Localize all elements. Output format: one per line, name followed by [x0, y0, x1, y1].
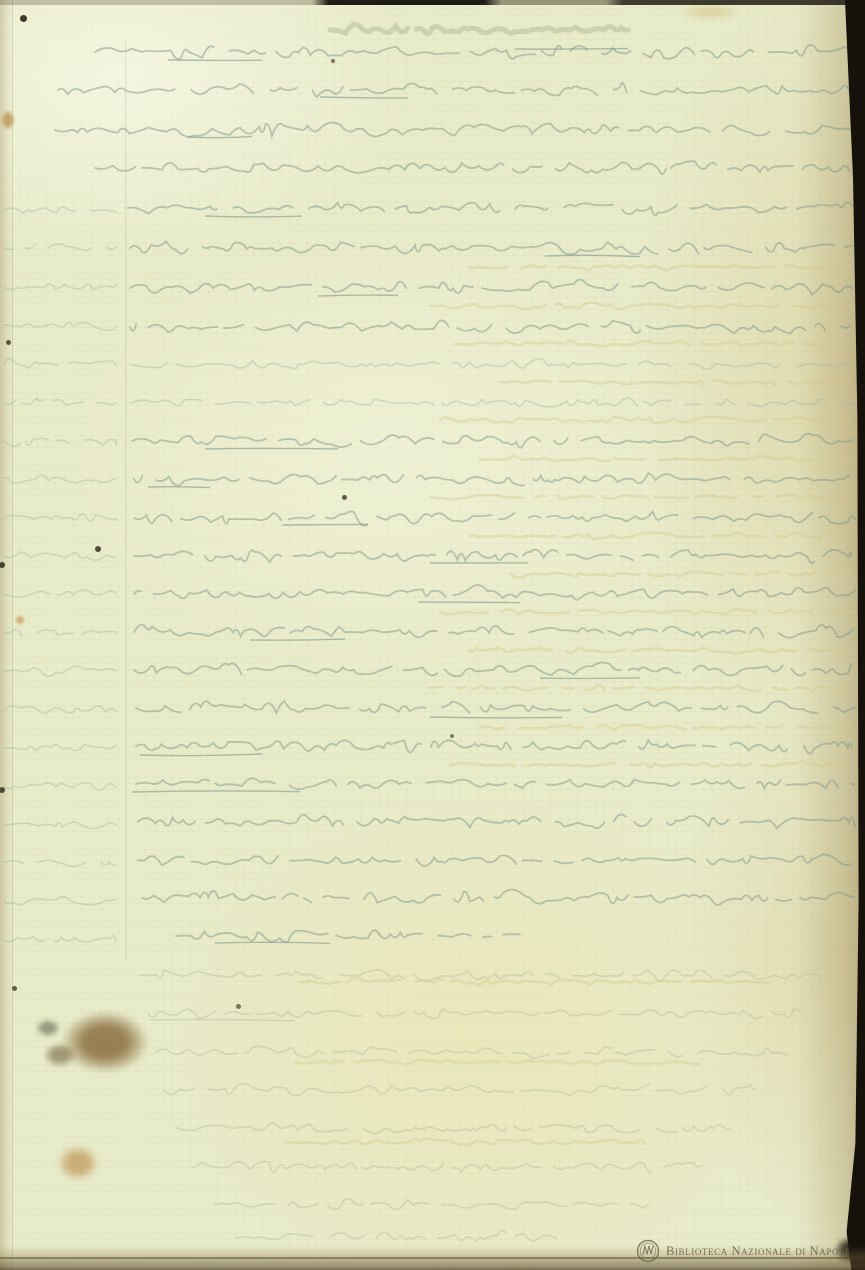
handwriting-line	[130, 359, 852, 369]
handwriting-line	[470, 533, 852, 540]
handwriting-line	[4, 706, 116, 714]
handwriting-line	[4, 552, 116, 560]
handwriting-line	[164, 1084, 755, 1096]
bleedthrough-handwriting	[0, 0, 865, 1270]
handwriting-line	[480, 725, 852, 730]
handwriting-line	[136, 740, 852, 754]
handwriting-underline	[132, 791, 300, 792]
handwriting-line	[450, 761, 845, 767]
handwriting-line	[4, 590, 116, 597]
handwriting-line	[4, 284, 116, 290]
handwriting-line	[236, 1230, 556, 1241]
handwriting-underline	[205, 216, 302, 217]
handwriting-underline	[318, 295, 398, 296]
handwriting-underline	[150, 1020, 295, 1021]
handwriting-underline	[250, 639, 345, 640]
handwriting-line	[214, 1199, 648, 1209]
handwriting-line	[58, 83, 852, 96]
handwriting-line	[134, 550, 852, 564]
handwriting-line	[4, 475, 116, 483]
handwriting-underline	[188, 137, 252, 138]
handwriting-line	[138, 854, 851, 866]
handwriting-underline	[148, 487, 210, 488]
handwriting-line	[430, 495, 845, 499]
handwriting-line	[480, 456, 855, 461]
handwriting-line	[134, 585, 855, 600]
handwriting-line	[455, 341, 848, 346]
handwriting-line	[440, 417, 850, 424]
handwriting-underline	[515, 49, 628, 50]
library-watermark-text: Biblioteca Nazionale di Napoli	[666, 1244, 849, 1259]
handwriting-line	[500, 380, 852, 385]
handwriting-underline	[282, 524, 368, 525]
handwriting-line	[285, 1139, 645, 1145]
handwriting-line	[4, 783, 116, 790]
handwriting-line	[4, 207, 116, 213]
handwriting-line	[4, 244, 116, 251]
handwriting-line	[136, 778, 854, 789]
handwriting-line	[4, 438, 116, 446]
handwriting-line	[430, 685, 850, 691]
handwriting-underline	[205, 448, 338, 449]
handwriting-line	[295, 1059, 700, 1064]
handwriting-line	[4, 935, 116, 942]
handwriting-line	[300, 978, 770, 985]
handwriting-line	[95, 161, 850, 174]
handwriting-line	[55, 123, 855, 137]
handwriting-line	[134, 625, 853, 638]
handwriting-underline	[320, 97, 408, 98]
handwriting-line	[470, 265, 850, 271]
library-logo-icon	[636, 1239, 660, 1263]
handwriting-line	[330, 24, 628, 33]
handwriting-line	[148, 1008, 800, 1018]
library-watermark: Biblioteca Nazionale di Napoli	[636, 1239, 849, 1263]
handwriting-line	[130, 241, 855, 254]
handwriting-line	[95, 45, 848, 59]
handwriting-underline	[140, 754, 262, 756]
handwriting-line	[130, 398, 855, 407]
handwriting-line	[138, 814, 855, 828]
handwriting-line	[130, 280, 853, 295]
handwriting-line	[176, 1122, 730, 1133]
handwriting-line	[4, 514, 116, 521]
handwriting-line	[4, 398, 116, 405]
handwriting-line	[510, 571, 850, 577]
handwriting-line	[4, 860, 116, 866]
handwriting-line	[470, 647, 848, 653]
handwriting-underline	[545, 255, 640, 256]
page-top-edge	[0, 0, 865, 5]
handwriting-underline	[540, 678, 640, 679]
handwriting-line	[192, 1162, 702, 1172]
handwriting-line	[4, 323, 116, 331]
handwriting-line	[136, 701, 855, 713]
handwriting-line	[430, 302, 855, 309]
handwriting-line	[134, 512, 855, 526]
handwriting-underline	[430, 717, 562, 718]
handwriting-line	[134, 473, 850, 485]
handwriting-line	[156, 1046, 788, 1058]
handwriting-line	[130, 320, 850, 333]
handwriting-line	[4, 358, 116, 367]
handwriting-line	[142, 890, 854, 906]
handwriting-line	[4, 822, 116, 829]
scanned-document: Biblioteca Nazionale di Napoli	[0, 0, 865, 1270]
handwriting-underline	[215, 942, 330, 943]
handwriting-underline	[418, 602, 520, 603]
handwriting-line	[132, 434, 852, 448]
handwriting-line	[4, 630, 116, 636]
handwriting-line	[4, 666, 116, 676]
handwriting-line	[134, 662, 851, 676]
handwriting-line	[4, 897, 116, 905]
handwriting-line	[176, 930, 520, 942]
handwriting-line	[128, 202, 852, 215]
handwriting-line	[4, 744, 116, 750]
handwriting-line	[440, 609, 855, 614]
